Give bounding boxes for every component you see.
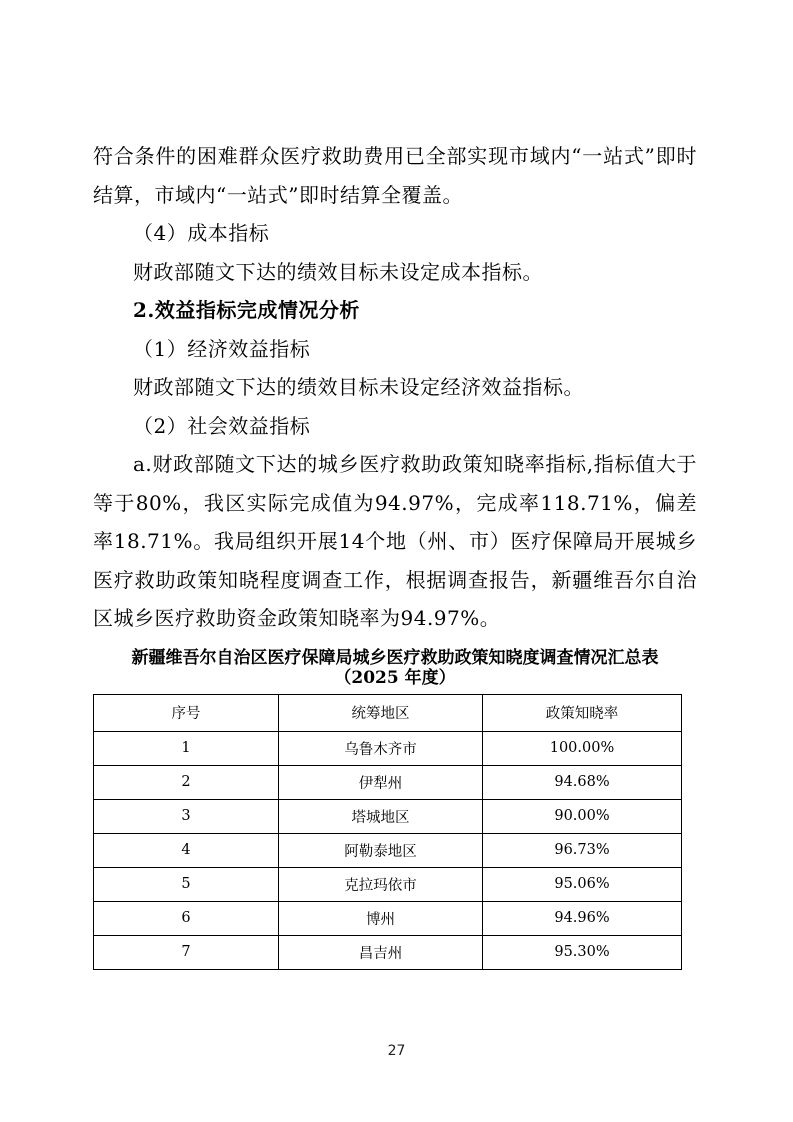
table-title: 新疆维吾尔自治区医疗保障局城乡医疗救助政策知晓度调查情况汇总表 — [93, 648, 697, 668]
policy-awareness-table: 序号 统筹地区 政策知晓率 1 乌鲁木齐市 100.00% 2 伊犁州 94.6… — [93, 694, 682, 970]
page-content: 符合条件的困难群众医疗救助费用已全部实现市域内“一站式”即时结算，市域内“一站式… — [93, 137, 697, 970]
table-subtitle: （2025 年度） — [93, 668, 697, 688]
cell-index: 5 — [94, 867, 279, 901]
body-paragraph: 符合条件的困难群众医疗救助费用已全部实现市域内“一站式”即时结算，市域内“一站式… — [93, 137, 697, 214]
table-row: 3 塔城地区 90.00% — [94, 799, 682, 833]
table-header-row: 序号 统筹地区 政策知晓率 — [94, 694, 682, 731]
cell-index: 1 — [94, 731, 279, 765]
cell-region: 昌吉州 — [279, 935, 483, 969]
cell-rate: 100.00% — [483, 731, 682, 765]
cell-region: 伊犁州 — [279, 765, 483, 799]
body-paragraph: （1）经济效益指标 — [93, 330, 697, 369]
column-header-region: 统筹地区 — [279, 694, 483, 731]
cell-rate: 90.00% — [483, 799, 682, 833]
body-paragraph: 财政部随文下达的绩效目标未设定成本指标。 — [93, 253, 697, 292]
cell-region: 乌鲁木齐市 — [279, 731, 483, 765]
cell-rate: 96.73% — [483, 833, 682, 867]
cell-index: 7 — [94, 935, 279, 969]
cell-index: 2 — [94, 765, 279, 799]
column-header-index: 序号 — [94, 694, 279, 731]
cell-region: 博州 — [279, 901, 483, 935]
cell-rate: 94.68% — [483, 765, 682, 799]
page-number: 27 — [0, 1043, 793, 1059]
cell-index: 3 — [94, 799, 279, 833]
body-paragraph: 财政部随文下达的绩效目标未设定经济效益指标。 — [93, 368, 697, 407]
table-row: 7 昌吉州 95.30% — [94, 935, 682, 969]
body-paragraph: （2）社会效益指标 — [93, 407, 697, 446]
column-header-awareness-rate: 政策知晓率 — [483, 694, 682, 731]
cell-rate: 95.06% — [483, 867, 682, 901]
cell-region: 克拉玛依市 — [279, 867, 483, 901]
table-row: 4 阿勒泰地区 96.73% — [94, 833, 682, 867]
table-row: 1 乌鲁木齐市 100.00% — [94, 731, 682, 765]
cell-region: 阿勒泰地区 — [279, 833, 483, 867]
cell-index: 6 — [94, 901, 279, 935]
body-paragraph: （4）成本指标 — [93, 214, 697, 253]
table-row: 6 博州 94.96% — [94, 901, 682, 935]
cell-rate: 95.30% — [483, 935, 682, 969]
body-paragraph: a.财政部随文下达的城乡医疗救助政策知晓率指标,指标值大于等于80%，我区实际完… — [93, 445, 697, 638]
table-row: 2 伊犁州 94.68% — [94, 765, 682, 799]
document-page: 符合条件的困难群众医疗救助费用已全部实现市域内“一站式”即时结算，市域内“一站式… — [0, 0, 793, 1122]
cell-region: 塔城地区 — [279, 799, 483, 833]
cell-rate: 94.96% — [483, 901, 682, 935]
table-row: 5 克拉玛依市 95.06% — [94, 867, 682, 901]
cell-index: 4 — [94, 833, 279, 867]
section-heading: 2.效益指标完成情况分析 — [93, 291, 697, 330]
